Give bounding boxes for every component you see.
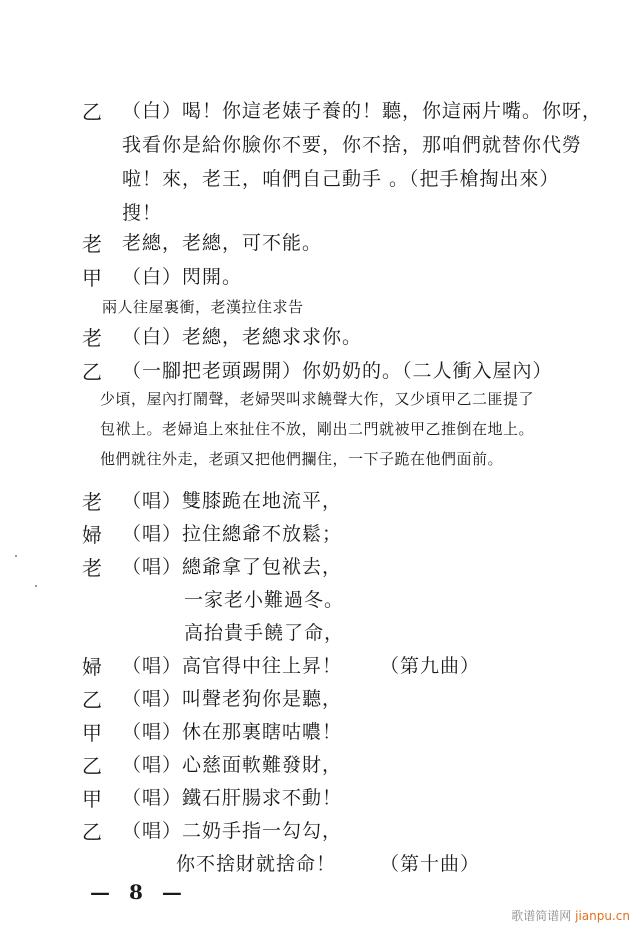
- watermark: 歌谱简谱网 jianpu.cn: [511, 907, 630, 924]
- speaker-yi: 乙: [82, 684, 102, 713]
- watermark-site: jianpu.cn: [575, 909, 630, 923]
- stage-direction: 少頃，屋內打鬧聲，老婦哭叫求饒聲大作，又少頃甲乙二匪提了: [100, 388, 534, 409]
- song-line: （唱）高官得中往上昇！: [122, 651, 342, 678]
- song-line: （唱）拉住總爺不放鬆；: [122, 519, 342, 546]
- stage-direction: 他們就往外走，老頭又把他們攔住，一下子跪在他們面前。: [100, 448, 503, 469]
- dialogue-line: （白）喝！你這老婊子養的！聽，你這兩片嘴。你呀，: [122, 96, 602, 123]
- speaker-fu: 婦: [82, 651, 102, 680]
- dialogue-line: （白）老總，老總求求你。: [122, 322, 362, 349]
- speaker-lao: 老: [82, 552, 102, 581]
- speaker-yi: 乙: [82, 750, 102, 779]
- watermark-cn: 歌谱简谱网: [511, 909, 571, 923]
- tune-note: （第九曲）: [380, 651, 480, 678]
- tune-note: （第十曲）: [380, 849, 480, 876]
- speaker-fu: 婦: [82, 519, 102, 548]
- dialogue-line: 啦！來，老王，咱們自己動手 。（把手槍掏出來）: [122, 164, 560, 191]
- song-line: 一家老小難過冬。: [184, 585, 344, 612]
- dialogue-line: 老總，老總，可不能。: [122, 228, 322, 255]
- speaker-jia: 甲: [82, 783, 102, 812]
- song-line: （唱）叫聲老狗你是聽，: [122, 684, 342, 711]
- song-line: （唱）總爺拿了包袱去，: [122, 552, 342, 579]
- stage-direction: 包袱上。老婦追上來扯住不放，剛出二門就被甲乙推倒在地上。: [100, 418, 534, 439]
- scan-speck: [35, 585, 37, 587]
- dialogue-line: （一腳把老頭踢開）你奶奶的。（二人衝入屋內）: [122, 356, 553, 383]
- speaker-yi: 乙: [82, 816, 102, 845]
- speaker-lao: 老: [82, 228, 102, 257]
- song-line: 高抬貴手饒了命，: [184, 618, 344, 645]
- document-page: 乙 （白）喝！你這老婊子養的！聽，你這兩片嘴。你呀， 我看你是給你臉你不要，你不…: [0, 0, 640, 930]
- song-line: （唱）鐵石肝腸求不動！: [122, 783, 342, 810]
- page-number: — 8 —: [90, 880, 188, 904]
- dialogue-line: 我看你是給你臉你不要，你不捨，那咱們就替你代勞: [122, 130, 582, 157]
- stage-direction: 兩人往屋裏衝，老漢拉住求告: [102, 296, 304, 317]
- song-line: 你不捨財就捨命！: [176, 849, 336, 876]
- speaker-yi: 乙: [82, 96, 102, 125]
- song-line: （唱）心慈面軟難發財，: [122, 750, 342, 777]
- song-line: （唱）休在那裏瞎咕噥！: [122, 717, 342, 744]
- dialogue-line: （白）閃開。: [122, 262, 242, 289]
- speaker-lao: 老: [82, 322, 102, 351]
- song-line: （唱）二奶手指一勾勾，: [122, 816, 342, 843]
- speaker-jia: 甲: [82, 262, 102, 291]
- dialogue-line: 搜！: [122, 198, 162, 225]
- scan-speck: [15, 555, 17, 557]
- speaker-lao: 老: [82, 486, 102, 515]
- song-line: （唱）雙膝跪在地流平，: [122, 486, 342, 513]
- speaker-jia: 甲: [82, 717, 102, 746]
- speaker-yi: 乙: [82, 356, 102, 385]
